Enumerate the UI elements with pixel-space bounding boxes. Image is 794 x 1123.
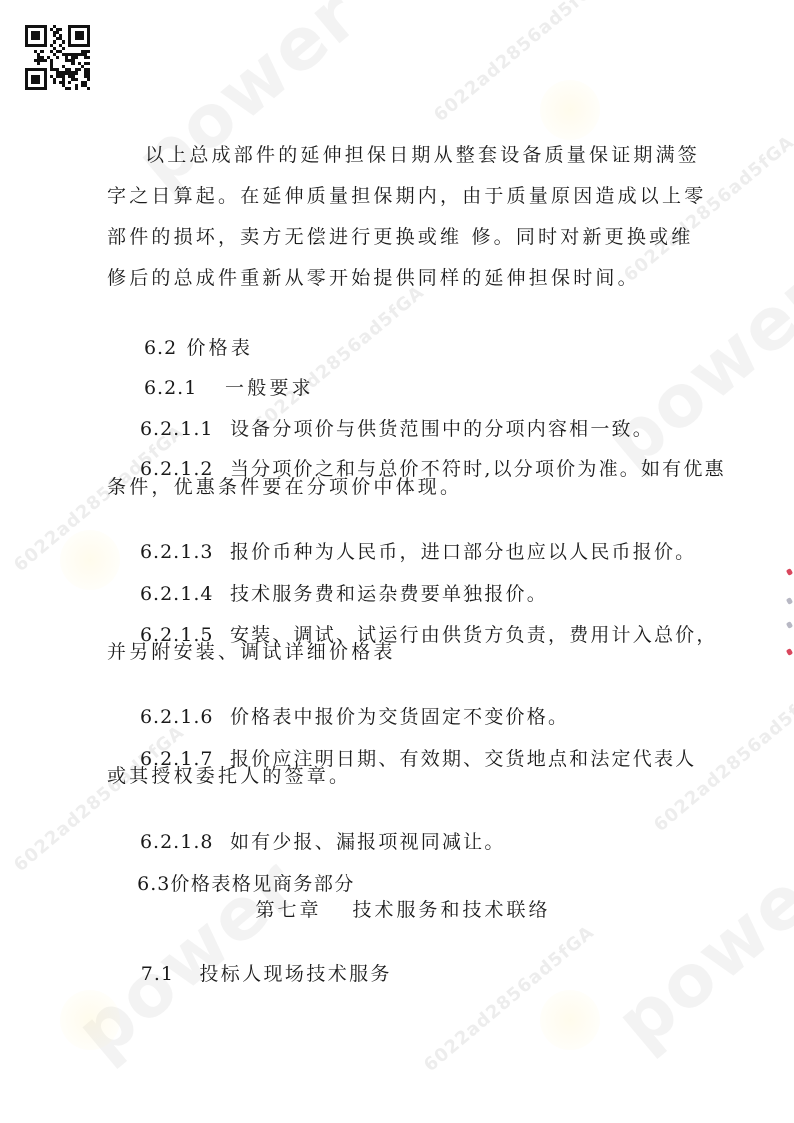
qr-code [25,25,90,90]
stamp-fragment [786,568,793,576]
section-heading-7-1: 7.1 投标人现场技术服务 [107,938,392,1010]
watermark-logo-spot [540,990,600,1050]
paragraph-line: 部件的损坏，卖方无偿进行更换或维 修。同时对新更换或维 [107,225,693,249]
stamp-fragment [786,648,793,656]
section-number: 7.1 [141,963,174,985]
stamp-fragment [786,621,793,629]
paragraph-line: 修后的总成件重新从零开始提供同样的延伸担保时间。 [107,266,640,290]
watermark-brand: power [120,0,375,204]
section-text: 投标人现场技术服务 [199,963,392,985]
paragraph-line: 字之日算起。在延伸质量担保期内，由于质量原因造成以上零 [107,184,706,208]
paragraph-line: 以上总成部件的延伸担保日期从整套设备质量保证期满签 [145,143,700,167]
stamp-fragment [786,597,793,605]
watermark-logo-spot [540,80,600,140]
chapter-heading: 第七章 技术服务和技术联络 [0,898,794,922]
clause-continuation: 条件，优惠条件要在分项价中体现。 [107,475,462,499]
section-number: 6.3 [137,873,170,895]
document-page: power 6022ad2856ad5fGA power 6022ad2856a… [0,0,794,1123]
section-text: 价格表格见商务部分 [170,873,355,895]
clause-continuation: 或其授权委托人的签章。 [107,764,351,788]
watermark-brand: power [600,832,794,1065]
clause-continuation: 并另附安装、调试详细价格表 [107,640,396,664]
